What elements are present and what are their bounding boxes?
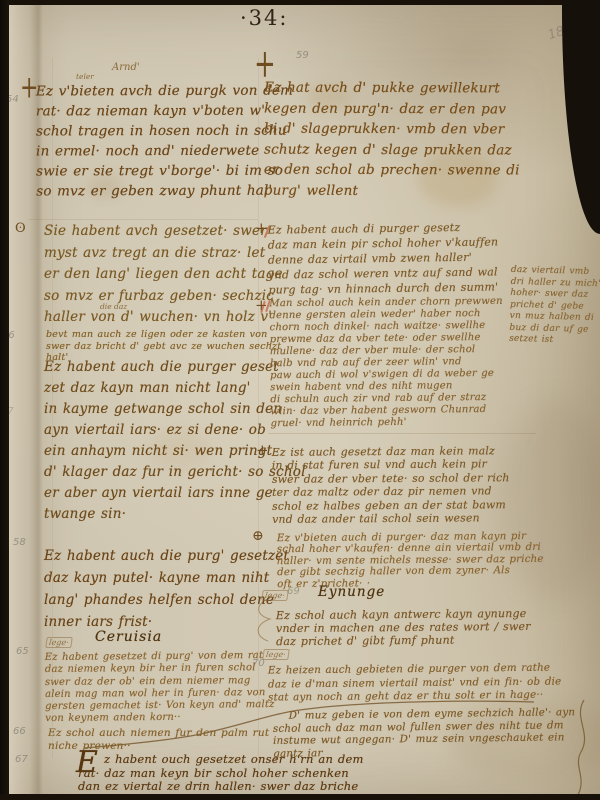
right-paragraph-penalty: D' muz geben ie von dem eyme sechzich ha… <box>273 706 576 760</box>
right-paragraph-guild-union: Ez schol auch kayn antwerc kayn aynungev… <box>276 607 531 648</box>
scan-edge-left <box>0 0 9 800</box>
right-paragraph-quarter-measure: Ez heizen auch gebieten die purger von d… <box>268 661 562 705</box>
left-paragraph-beer-import: Ez habent gesetzet di purg' von dem ratd… <box>45 650 275 726</box>
left-paragraph-dung: Sie habent avch gesetzet· swermyst avz t… <box>44 221 283 329</box>
manuscript-scan: ·34: 18 54 56 57 58 65 66 67 59 69 70 Ar… <box>0 0 600 800</box>
left-paragraph-pledge: Ez habent auch die purg' gesetzetdaz kay… <box>44 545 289 633</box>
lege-annotation: lege· <box>261 590 288 601</box>
ruling-line <box>268 433 536 434</box>
pencil-number: 67 <box>15 754 28 765</box>
pencil-number: 58 <box>13 537 26 548</box>
section-heading-ceruisia: Ceruisia <box>95 629 162 645</box>
lege-annotation: lege· <box>45 637 72 648</box>
interlinear-note: die daz <box>100 302 127 311</box>
column-header: Arnd' <box>112 62 140 73</box>
pencil-number: 59 <box>296 50 309 61</box>
circle-mark-icon: ʘ <box>15 221 26 236</box>
right-paragraph-beer-price-spring: Ez habent auch di purger gesetzdaz man k… <box>267 219 499 297</box>
pencil-number: 65 <box>16 646 29 657</box>
scan-edge-bottom <box>0 794 600 800</box>
right-paragraph-grain-brewing: Man schol auch kein ander chorn prewwend… <box>269 296 504 430</box>
right-paragraph-drawbridge: Ez hat avch d' pukke gewillekurtkegen de… <box>264 78 520 202</box>
left-paragraph-clothing-ban: Ez v'bieten avch die purgk von demrat· d… <box>36 81 294 202</box>
folio-number: ·34: <box>240 6 288 30</box>
interlinear-note: teler <box>76 72 94 81</box>
margin-note: daz viertail vmbdri haller zu mich'hoher… <box>509 265 600 348</box>
right-paragraph-malt-import: Ez ist auch gesetzt daz man kein malzin … <box>272 444 510 526</box>
right-paragraph-beer-price-michaelmas: Ez v'bieten auch di purger· daz man kayn… <box>277 531 544 590</box>
cross-mark-icon: + <box>256 441 269 459</box>
ruling-line <box>28 219 258 220</box>
scan-edge-top <box>0 0 600 5</box>
circled-cross-mark-icon: ⊕ <box>252 528 264 544</box>
lege-annotation: lege· <box>262 649 289 660</box>
section-heading-eynunge: Eynunge <box>318 584 385 600</box>
pencil-number: 66 <box>13 726 26 737</box>
